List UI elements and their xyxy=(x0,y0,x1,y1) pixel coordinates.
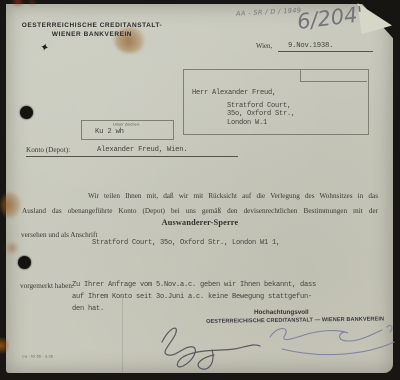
konto-value: Alexander Freud, Wien. xyxy=(97,146,188,154)
recipient-address-line3: London W.1 xyxy=(227,119,267,127)
letterhead-line2: WIENER BANKVEREIN xyxy=(21,30,163,39)
typed-paragraph-line1: Zu Ihrer Anfrage vom 5.Nov.a.c. geben wi… xyxy=(72,281,316,289)
date-place-label: Wien, xyxy=(256,43,272,50)
recipient-name: Herr Alexander Freud, xyxy=(192,89,276,97)
konto-underline xyxy=(26,156,238,157)
body-paragraph-line1: Wir teilen Ihnen mit, daß wir mit Rücksi… xyxy=(88,192,378,200)
typed-address-line: Stratford Court, 35o, Oxford Str., Londo… xyxy=(92,239,280,247)
signature-handwriting-1 xyxy=(162,328,260,369)
address-window-tab-line-h xyxy=(300,81,367,82)
signatures xyxy=(140,318,400,376)
date-value: 9.Nov.1938. xyxy=(288,42,333,50)
body-paragraph-line2: Ausland das obenangeführte Konto (Depot)… xyxy=(22,207,378,215)
typed-paragraph-line2: auf Ihrem Konto seit 3o.Juni a.c. keine … xyxy=(72,293,312,301)
reference-box-value: Ku 2 wh xyxy=(95,128,124,136)
address-window-tab-line-v xyxy=(300,69,301,81)
form-number: Ca - Nr 56 - 3.38 xyxy=(22,354,53,358)
sperre-heading: Auswanderer-Sperre xyxy=(22,218,378,227)
letterhead: OESTERREICHISCHE CREDITANSTALT- WIENER B… xyxy=(21,21,163,39)
rust-stain-bottom-left xyxy=(0,336,9,355)
punch-hole-top xyxy=(20,106,33,119)
salutation: Hochachtungsvoll xyxy=(254,309,309,316)
recipient-address-line2: 35o, Oxford Str., xyxy=(227,110,295,118)
date-underline xyxy=(278,51,373,52)
signature-handwriting-2 xyxy=(270,325,394,354)
letterhead-line1: OESTERREICHISCHE CREDITANSTALT- xyxy=(21,21,163,30)
typed-paragraph-line3: den hat. xyxy=(72,305,104,313)
rust-stain-left-2 xyxy=(5,241,19,255)
scanned-letter: OESTERREICHISCHE CREDITANSTALT- WIENER B… xyxy=(0,0,400,380)
konto-label: Konto (Depot): xyxy=(26,146,70,154)
anschrift-line: versehen und als Anschrift xyxy=(21,231,97,239)
reference-box-label: Unser Zeichen: xyxy=(86,122,167,127)
punch-hole-bottom xyxy=(18,256,31,269)
rust-stain-left-1 xyxy=(1,192,21,218)
vorgemerkt-label: vorgemerkt haben. xyxy=(20,282,74,290)
recipient-address-line1: Stratford Court, xyxy=(227,102,291,110)
paper-crease xyxy=(122,296,123,372)
